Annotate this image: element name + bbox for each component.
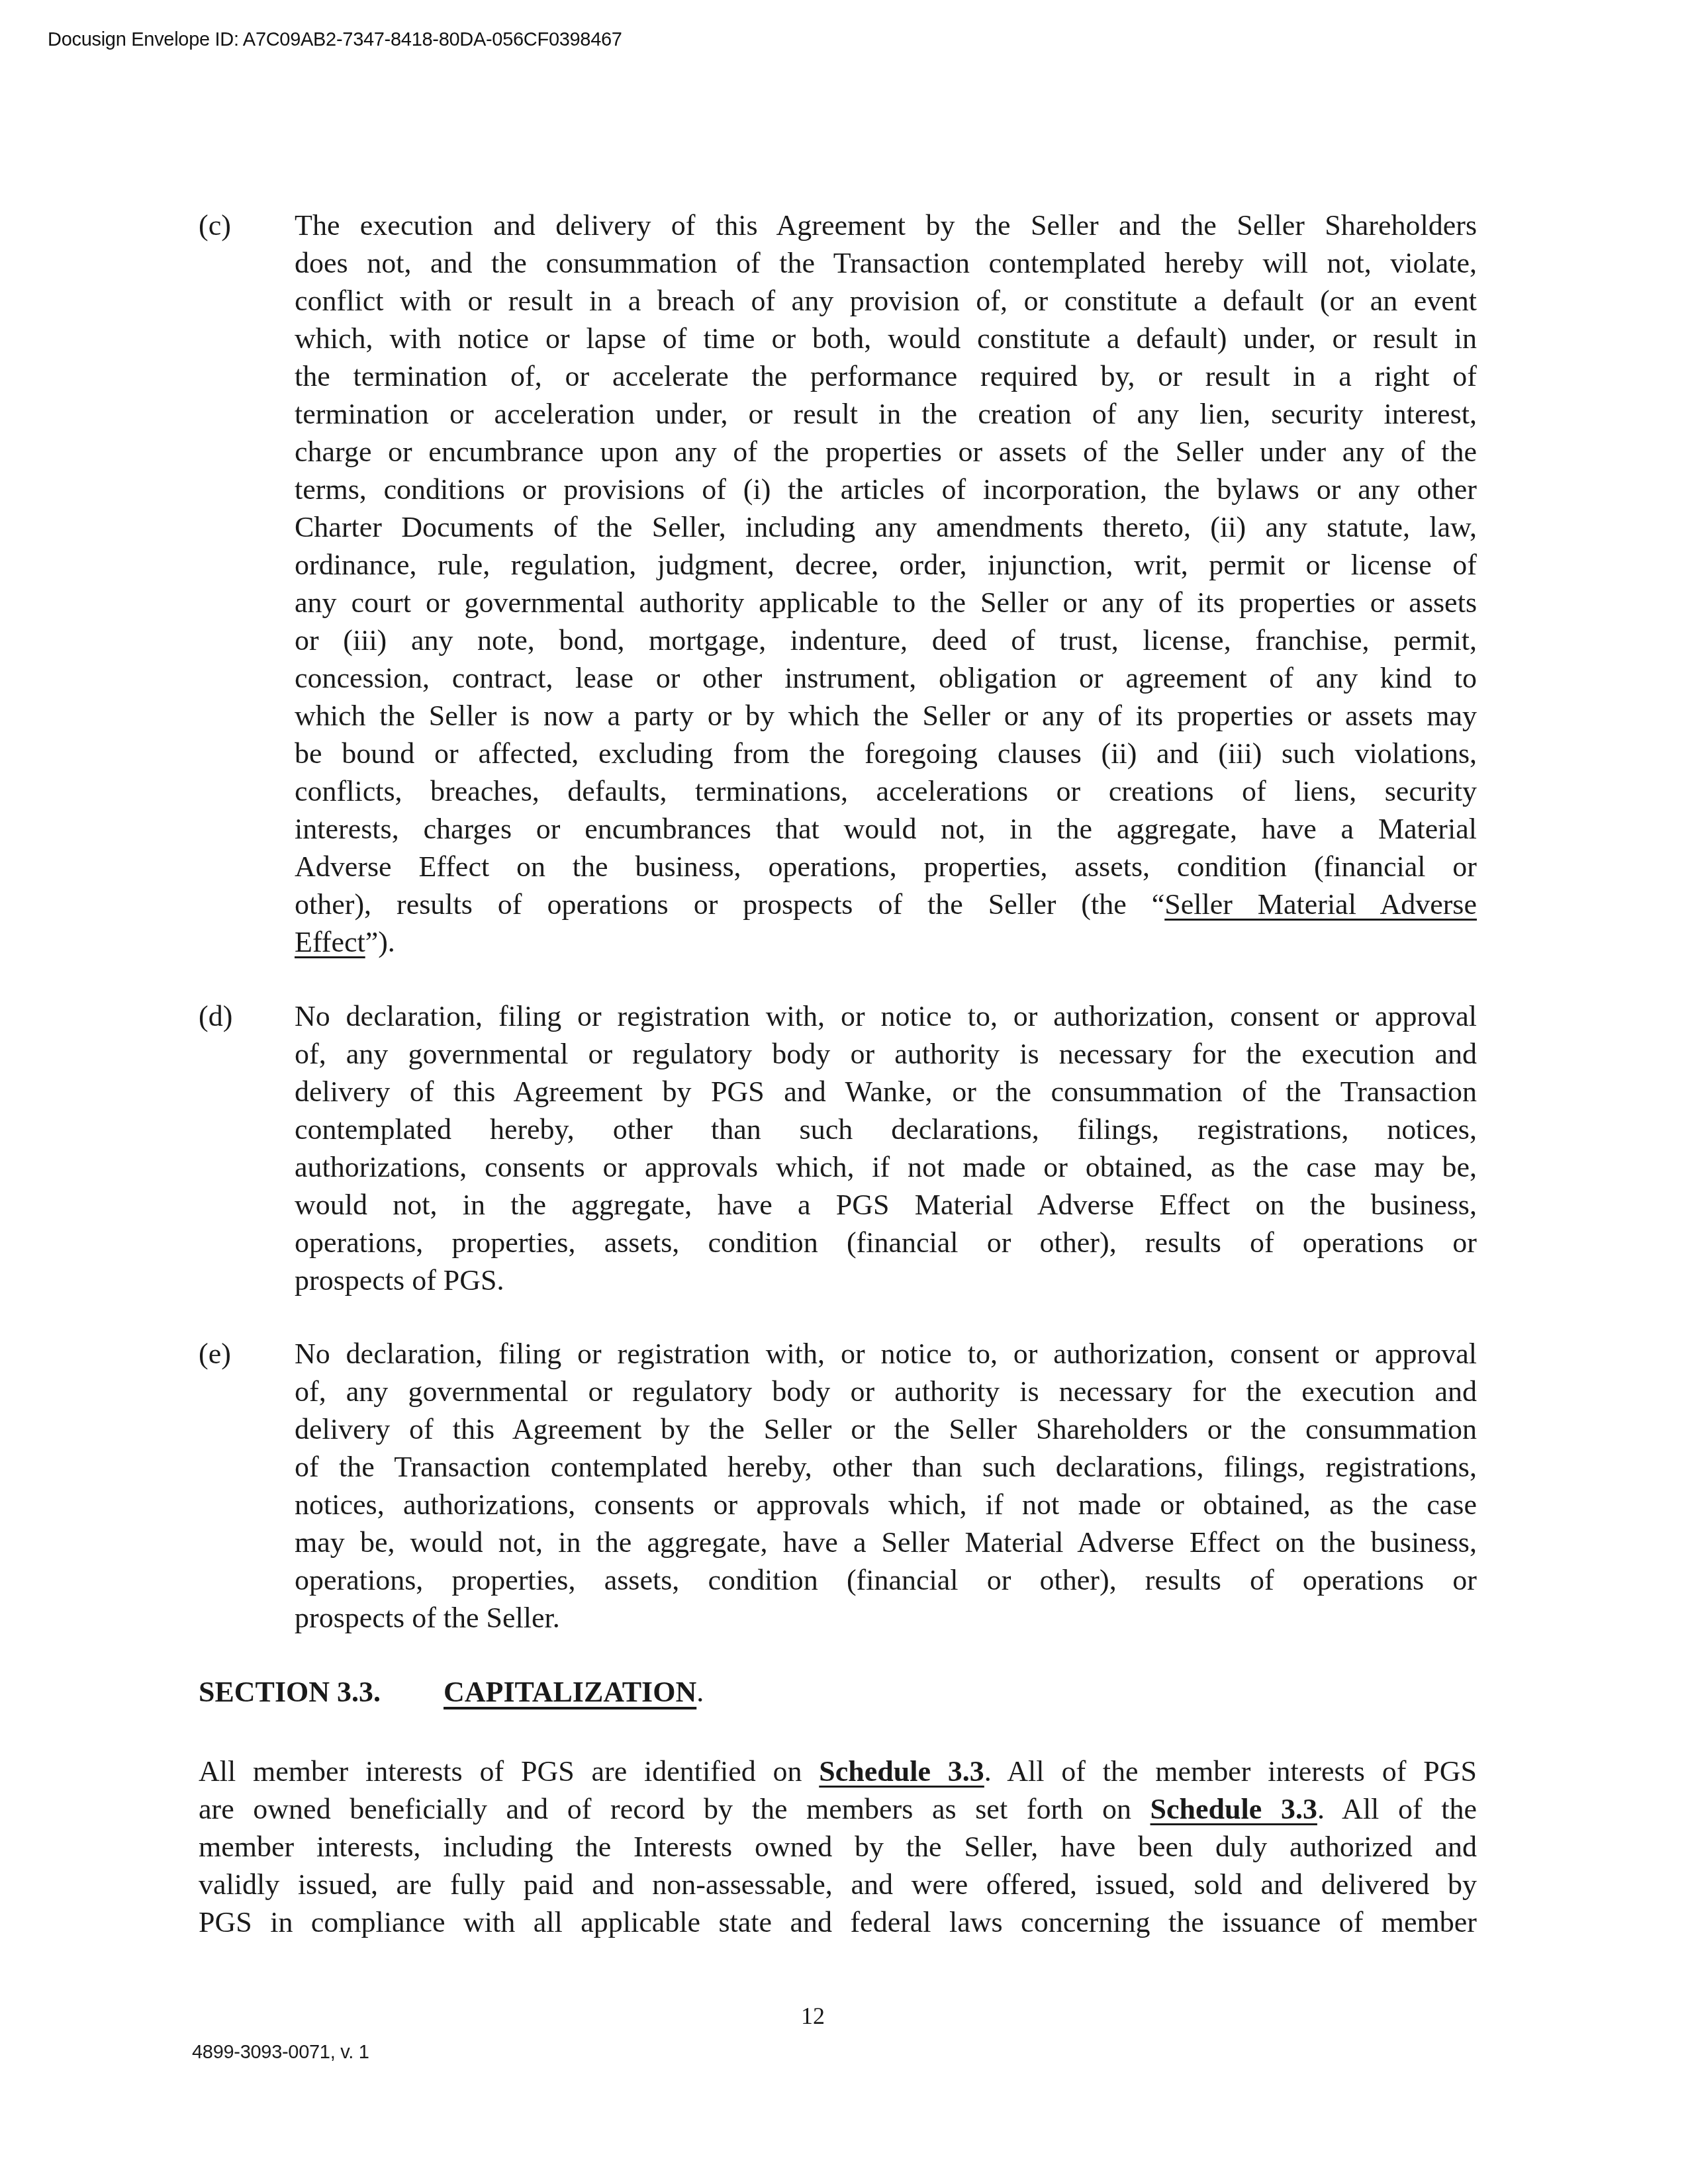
text-line: All member interests of PGS are identifi… [199, 1752, 1477, 1790]
text-line: of, any governmental or regulatory body … [295, 1373, 1477, 1410]
text-line: which the Seller is now a party or by wh… [295, 697, 1477, 735]
clause-body: The execution and delivery of this Agree… [295, 206, 1477, 961]
text-fragment: . All of the [1317, 1793, 1477, 1825]
text-fragment: other), results of operations or prospec… [295, 888, 1164, 921]
text-fragment: are owned beneficially and of record by … [199, 1793, 1150, 1825]
text-line: member interests, including the Interest… [199, 1828, 1477, 1866]
text-line: the termination of, or accelerate the pe… [295, 357, 1477, 395]
schedule-reference: Schedule 3.3 [819, 1755, 984, 1788]
clause-body: No declaration, filing or registration w… [295, 1335, 1477, 1637]
text-line: charge or encumbrance upon any of the pr… [295, 433, 1477, 471]
text-line: are owned beneficially and of record by … [199, 1790, 1477, 1828]
clause-label: (c) [199, 206, 231, 244]
clause-label: (e) [199, 1335, 231, 1373]
text-line: ordinance, rule, regulation, judgment, d… [295, 546, 1477, 584]
text-line: No declaration, filing or registration w… [295, 997, 1477, 1035]
text-line: notices, authorizations, consents or app… [295, 1486, 1477, 1524]
document-id: 4899-3093-0071, v. 1 [192, 2042, 369, 2064]
text-line: terms, conditions or provisions of (i) t… [295, 471, 1477, 508]
text-line: or (iii) any note, bond, mortgage, inden… [295, 621, 1477, 659]
text-line: Effect”). [295, 923, 1477, 961]
text-fragment: All member interests of PGS are identifi… [199, 1755, 819, 1788]
text-fragment: . All of the member interests of PGS [984, 1755, 1477, 1788]
text-line: any court or governmental authority appl… [295, 584, 1477, 621]
text-line: operations, properties, assets, conditio… [295, 1561, 1477, 1599]
text-line: conflict with or result in a breach of a… [295, 282, 1477, 320]
text-line: be bound or affected, excluding from the… [295, 735, 1477, 772]
defined-term-seller-mae-cont: Effect [295, 926, 365, 958]
text-fragment: ”). [365, 926, 395, 958]
text-line: operations, properties, assets, conditio… [295, 1224, 1477, 1261]
defined-term-seller-mae: Seller Material Adverse [1164, 888, 1477, 921]
text-line: validly issued, are fully paid and non-a… [199, 1866, 1477, 1903]
text-line: PGS in compliance with all applicable st… [199, 1903, 1477, 1941]
text-line: The execution and delivery of this Agree… [295, 206, 1477, 244]
text-line: Adverse Effect on the business, operatio… [295, 848, 1477, 886]
section-heading: SECTION 3.3.CAPITALIZATION. [199, 1673, 704, 1711]
section-title: CAPITALIZATION [444, 1676, 696, 1708]
docusign-envelope-id: Docusign Envelope ID: A7C09AB2-7347-8418… [48, 29, 622, 51]
page-number: 12 [801, 2002, 825, 2030]
text-line: Charter Documents of the Seller, includi… [295, 508, 1477, 546]
text-line: may be, would not, in the aggregate, hav… [295, 1524, 1477, 1561]
section-number: SECTION 3.3. [199, 1673, 444, 1711]
text-line: delivery of this Agreement by the Seller… [295, 1410, 1477, 1448]
text-line: prospects of PGS. [295, 1261, 1477, 1299]
text-line: authorizations, consents or approvals wh… [295, 1148, 1477, 1186]
clause-label: (d) [199, 997, 232, 1035]
text-line: termination or acceleration under, or re… [295, 395, 1477, 433]
text-line: contemplated hereby, other than such dec… [295, 1111, 1477, 1148]
text-line: which, with notice or lapse of time or b… [295, 320, 1477, 357]
text-line: interests, charges or encumbrances that … [295, 810, 1477, 848]
section-title-punct: . [696, 1676, 704, 1708]
text-line: No declaration, filing or registration w… [295, 1335, 1477, 1373]
text-line: prospects of the Seller. [295, 1599, 1477, 1637]
text-line: would not, in the aggregate, have a PGS … [295, 1186, 1477, 1224]
text-line: delivery of this Agreement by PGS and Wa… [295, 1073, 1477, 1111]
capitalization-paragraph: All member interests of PGS are identifi… [199, 1752, 1477, 1941]
clause-body: No declaration, filing or registration w… [295, 997, 1477, 1299]
schedule-reference: Schedule 3.3 [1150, 1793, 1317, 1825]
text-line: conflicts, breaches, defaults, terminati… [295, 772, 1477, 810]
text-line: of the Transaction contemplated hereby, … [295, 1448, 1477, 1486]
text-line: concession, contract, lease or other ins… [295, 659, 1477, 697]
text-line: does not, and the consummation of the Tr… [295, 244, 1477, 282]
text-line: other), results of operations or prospec… [295, 886, 1477, 923]
text-line: of, any governmental or regulatory body … [295, 1035, 1477, 1073]
